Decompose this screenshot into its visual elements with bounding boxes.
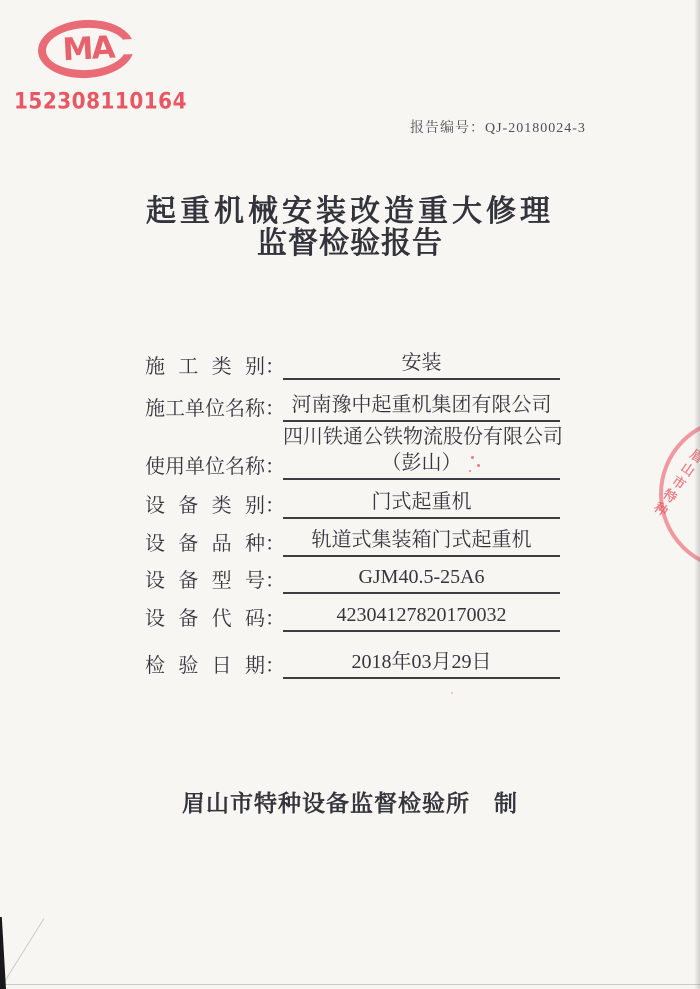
field-label: 使用单位名称 (145, 454, 265, 480)
scan-corner-mark (0, 917, 6, 989)
field-label: 设备代码 (145, 606, 265, 632)
field-colon: ： (265, 493, 283, 519)
ink-speck (477, 464, 480, 467)
scan-crease (2, 918, 44, 985)
field-label: 设备型号 (145, 568, 265, 594)
field-colon: ： (265, 653, 283, 679)
official-seal: 眉山市特种 (652, 413, 700, 575)
form-row-user-unit: 使用单位名称： 四川铁通公铁物流股份有限公司 （彭山） (145, 424, 560, 480)
ink-speck (469, 470, 471, 472)
form-row-inspection-date: 检验日期： 2018年03月29日 (145, 649, 560, 679)
field-colon: ： (265, 454, 283, 480)
report-number: 报告编号：QJ-20180024-3 (410, 117, 586, 137)
field-label: 检验日期 (145, 653, 265, 679)
form-row-equipment-code: 设备代码： 42304127820170032 (145, 602, 560, 632)
field-label: 施工类别 (145, 354, 265, 380)
ink-speck (471, 456, 474, 459)
field-label: 设备类别 (145, 493, 265, 519)
field-value: 轨道式集装箱门式起重机 (283, 527, 560, 557)
cma-logo-letters: MA (58, 32, 114, 66)
field-colon: ： (265, 354, 283, 380)
scan-edge-shadow (694, 0, 700, 989)
issuing-organization: 眉山市特种设备监督检验所 制 (0, 785, 700, 818)
report-number-value: QJ-20180024-3 (485, 121, 586, 136)
form-row-equipment-model: 设备型号： GJM40.5-25A6 (145, 564, 560, 594)
form-row-construction-unit: 施工单位名称： 河南豫中起重机集团有限公司 (145, 392, 560, 422)
field-value: 门式起重机 (283, 489, 560, 519)
field-value: GJM40.5-25A6 (283, 564, 560, 594)
form-row-equipment-category: 设备类别： 门式起重机 (145, 489, 560, 519)
scan-edge-line (0, 984, 700, 985)
field-value: 四川铁通公铁物流股份有限公司 （彭山） (283, 424, 560, 480)
form-row-construction-type: 施工类别： 安装 (145, 350, 560, 380)
field-colon: ： (265, 568, 283, 594)
field-colon: ： (265, 396, 283, 422)
field-colon: ： (265, 531, 283, 557)
ink-speck (451, 692, 453, 694)
field-label: 设备品种 (145, 531, 265, 557)
field-value: 河南豫中起重机集团有限公司 (283, 392, 560, 422)
field-value: 2018年03月29日 (283, 649, 560, 679)
field-value-line2: （彭山） (283, 450, 560, 476)
field-value-line1: 四川铁通公铁物流股份有限公司 (283, 424, 560, 450)
document-title: 起重机械安装改造重大修理 监督检验报告 (0, 196, 700, 260)
scanned-report-page: MA 152308110164 报告编号：QJ-20180024-3 起重机械安… (0, 0, 700, 989)
field-label: 施工单位名称 (145, 396, 265, 422)
cma-logo: MA (37, 18, 136, 81)
cma-stamp: MA 152308110164 (14, 20, 187, 111)
title-line-2: 监督检验报告 (0, 228, 700, 260)
title-line-1: 起重机械安装改造重大修理 (0, 196, 700, 228)
report-number-label: 报告编号： (410, 121, 485, 136)
cma-logo-opening (124, 39, 137, 55)
cma-cert-number: 152308110164 (14, 87, 187, 114)
form-row-equipment-variety: 设备品种： 轨道式集装箱门式起重机 (145, 527, 560, 557)
field-colon: ： (265, 606, 283, 632)
field-value: 42304127820170032 (283, 602, 560, 632)
field-value: 安装 (283, 350, 560, 380)
